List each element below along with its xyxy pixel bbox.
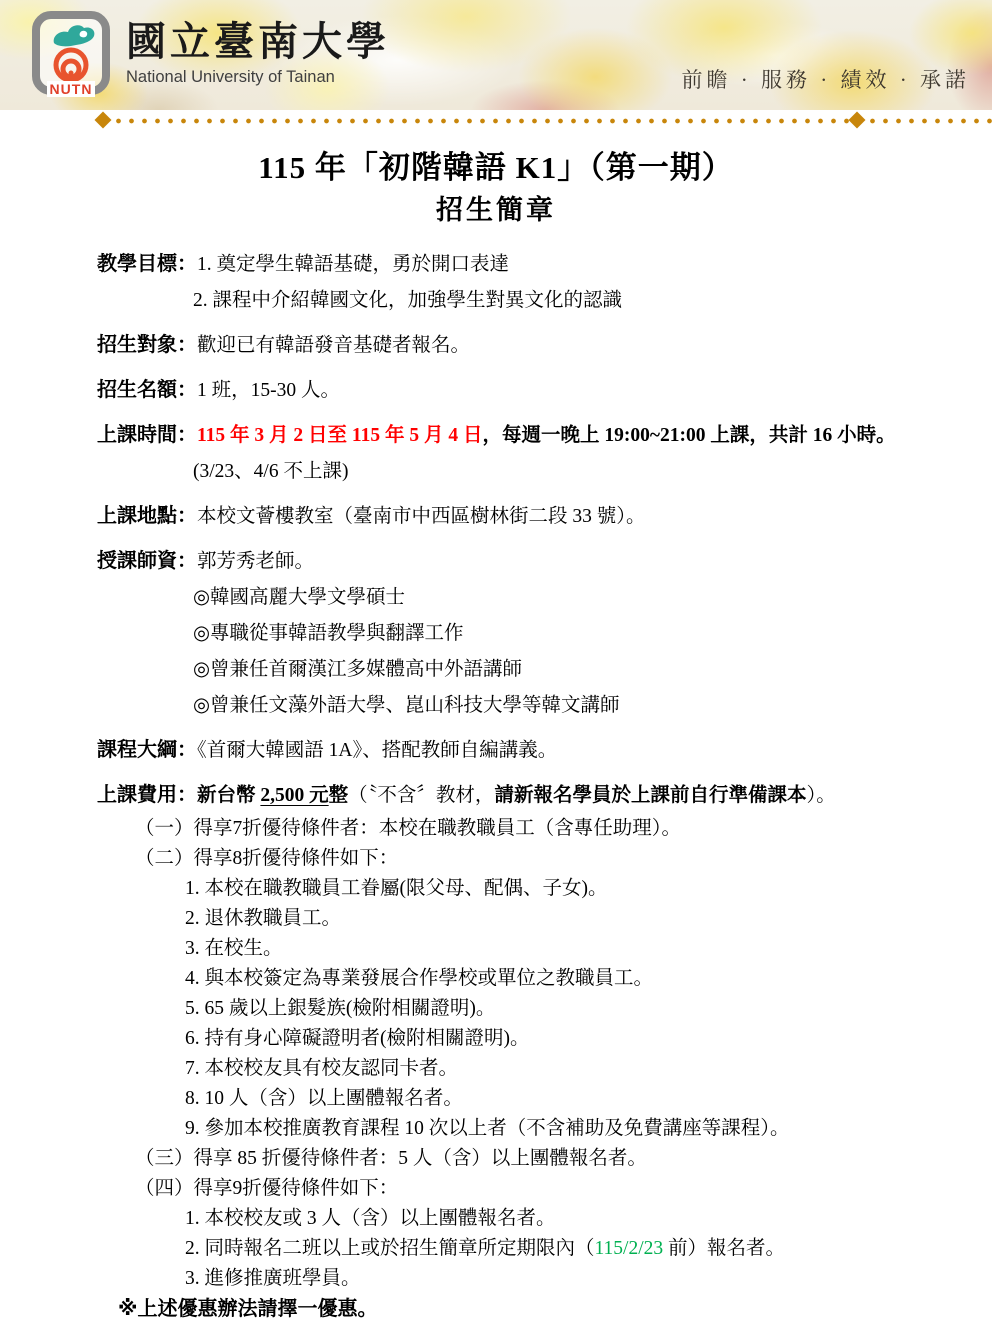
text-segment: ◎專職從事韓語教學與翻譯工作 [193, 623, 464, 644]
nutn-logo-icon: NUTN [30, 10, 112, 100]
teaching-goal-row-2: 2. 課程中介紹韓國文化，加強學生對異文化的認識 [97, 283, 952, 319]
text-segment: （〝不含〞教材， [348, 785, 494, 806]
text-segment: ◎曾兼任首爾漢江多媒體高中外語講師 [193, 659, 522, 680]
discount-80-item: 3. 在校生。 [97, 934, 952, 964]
section-label: 上課費用： [97, 784, 197, 806]
text-segment: 1 班，15-30 人。 [197, 380, 340, 401]
discount-90: （四）得享9折優待條件如下： [97, 1174, 952, 1204]
text-segment: 7. 本校校友具有校友認同卡者。 [185, 1058, 458, 1079]
text-segment: 3. 進修推廣班學員。 [185, 1268, 361, 1289]
university-name-block: 國立臺南大學 National University of Tainan [126, 10, 390, 87]
discount-90-item: 2. 同時報名二班以上或於招生簡章所定期限內（115/2/23 前）報名者。 [97, 1234, 952, 1264]
text-segment: 8. 10 人（含）以上團體報名者。 [185, 1088, 463, 1109]
text-segment: （一）得享7折優待條件者：本校在職教職員工（含專任助理）。 [135, 818, 681, 839]
text-segment: ※上述優惠辦法請擇一優惠。 [118, 1298, 377, 1320]
discount-80-item: 1. 本校在職教職員工眷屬(限父母、配偶、子女)。 [97, 874, 952, 904]
section-label: 上課地點： [97, 505, 197, 527]
discount-80-item: 2. 退休教職員工。 [97, 904, 952, 934]
text-segment: 115/2/23 [595, 1238, 664, 1259]
location-row: 上課地點：本校文薈樓教室（臺南市中西區樹林街二段 33 號）。 [97, 498, 952, 535]
text-segment: 1. 奠定學生韓語基礎，勇於開口表達 [197, 254, 509, 275]
text-segment: 6. 持有身心障礙證明者(檢附相關證明)。 [185, 1028, 530, 1049]
text-segment: （三）得享 85 折優待條件者：5 人（含）以上團體報名者。 [135, 1148, 647, 1169]
teacher-credential: ◎專職從事韓語教學與翻譯工作 [97, 616, 952, 652]
teaching-goal-row: 教學目標：1. 奠定學生韓語基礎，勇於開口表達 [97, 246, 952, 283]
section-label: 上課時間： [97, 424, 197, 446]
section-label: 招生對象： [97, 334, 197, 356]
text-segment: 前）報名者。 [663, 1238, 785, 1259]
discount-90-item: 3. 進修推廣班學員。 [97, 1264, 952, 1294]
text-segment: 2,500 元 [260, 785, 328, 806]
text-segment: 請新報名學員於上課前自行準備課本 [494, 785, 806, 806]
page-header: NUTN 國立臺南大學 National University of Taina… [0, 0, 992, 110]
svg-text:NUTN: NUTN [50, 81, 93, 97]
brochure-body: 教學目標：1. 奠定學生韓語基礎，勇於開口表達2. 課程中介紹韓國文化，加強學生… [0, 246, 992, 1321]
text-segment: (3/23、4/6 不上課) [193, 461, 348, 482]
time-row-2: (3/23、4/6 不上課) [97, 454, 952, 490]
university-name-en: National University of Tainan [126, 68, 390, 87]
text-segment: ，每週一晚上 19:00~21:00 上課，共計 16 小時。 [482, 425, 895, 446]
university-logo: NUTN 國立臺南大學 National University of Taina… [30, 10, 390, 100]
university-name-zh: 國立臺南大學 [126, 18, 390, 66]
discount-note: ※上述優惠辦法請擇一優惠。 [97, 1294, 952, 1321]
text-segment: ）。 [806, 785, 835, 806]
text-segment: 4. 與本校簽定為專業發展合作學校或單位之教職員工。 [185, 968, 653, 989]
text-segment: 5. 65 歲以上銀髮族(檢附相關證明)。 [185, 998, 495, 1019]
discount-85: （三）得享 85 折優待條件者：5 人（含）以上團體報名者。 [97, 1144, 952, 1174]
text-segment: 3. 在校生。 [185, 938, 283, 959]
text-segment: （二）得享8折優待條件如下： [135, 848, 398, 869]
discount-80-item: 4. 與本校簽定為專業發展合作學校或單位之教職員工。 [97, 964, 952, 994]
section-label: 招生名額： [97, 379, 197, 401]
text-segment: 《首爾大韓國語 1A》、搭配教師自編講義。 [197, 740, 557, 761]
teacher-credential: ◎曾兼任文藻外語大學、崑山科技大學等韓文講師 [97, 688, 952, 724]
discount-70: （一）得享7折優待條件者：本校在職教職員工（含專任助理）。 [97, 814, 952, 844]
discount-80-item: 6. 持有身心障礙證明者(檢附相關證明)。 [97, 1024, 952, 1054]
text-segment: 歡迎已有韓語發音基礎者報名。 [197, 335, 470, 356]
discount-80-item: 7. 本校校友具有校友認同卡者。 [97, 1054, 952, 1084]
section-label: 教學目標： [97, 253, 197, 275]
diamond-icon [849, 112, 866, 129]
text-segment: ◎曾兼任文藻外語大學、崑山科技大學等韓文講師 [193, 695, 620, 716]
target-row: 招生對象：歡迎已有韓語發音基礎者報名。 [97, 327, 952, 364]
discount-80: （二）得享8折優待條件如下： [97, 844, 952, 874]
discount-80-item: 5. 65 歲以上銀髮族(檢附相關證明)。 [97, 994, 952, 1024]
diamond-icon [95, 112, 112, 129]
discount-80-item: 8. 10 人（含）以上團體報名者。 [97, 1084, 952, 1114]
text-segment: 2. 退休教職員工。 [185, 908, 341, 929]
text-segment: 本校文薈樓教室（臺南市中西區樹林街二段 33 號）。 [197, 506, 646, 527]
document-title: 115 年「初階韓語 K1」（第一期） [0, 146, 992, 190]
discount-90-item: 1. 本校校友或 3 人（含）以上團體報名者。 [97, 1204, 952, 1234]
section-label: 課程大綱： [97, 739, 197, 761]
text-segment: 1. 本校在職教職員工眷屬(限父母、配偶、子女)。 [185, 878, 608, 899]
teacher-credential: ◎韓國高麗大學文學碩士 [97, 580, 952, 616]
quota-row: 招生名額：1 班，15-30 人。 [97, 372, 952, 409]
section-label: 授課師資： [97, 550, 197, 572]
fee-row: 上課費用：新台幣 2,500 元整（〝不含〞教材，請新報名學員於上課前自行準備課… [97, 777, 952, 814]
document-subtitle: 招生簡章 [0, 190, 992, 230]
text-segment: 新台幣 [197, 785, 260, 806]
dotted-divider [0, 110, 992, 132]
text-segment: 郭芳秀老師。 [197, 551, 314, 572]
text-segment: 2. 同時報名二班以上或於招生簡章所定期限內（ [185, 1238, 595, 1259]
teacher-row: 授課師資：郭芳秀老師。 [97, 543, 952, 580]
text-segment: ◎韓國高麗大學文學碩士 [193, 587, 405, 608]
text-segment: 115 年 3 月 2 日至 115 年 5 月 4 日 [197, 425, 482, 446]
syllabus-row: 課程大綱：《首爾大韓國語 1A》、搭配教師自編講義。 [97, 732, 952, 769]
discount-80-item: 9. 參加本校推廣教育課程 10 次以上者（不含補助及免費講座等課程）。 [97, 1114, 952, 1144]
text-segment: （四）得享9折優待條件如下： [135, 1178, 398, 1199]
text-segment: 整 [329, 785, 349, 806]
text-segment: 9. 參加本校推廣教育課程 10 次以上者（不含補助及免費講座等課程）。 [185, 1118, 790, 1139]
text-segment: 2. 課程中介紹韓國文化，加強學生對異文化的認識 [193, 290, 622, 311]
brochure-page: NUTN 國立臺南大學 National University of Taina… [0, 0, 992, 1321]
university-slogan: 前瞻 · 服務 · 績效 · 承諾 [682, 64, 970, 94]
time-row: 上課時間：115 年 3 月 2 日至 115 年 5 月 4 日，每週一晚上 … [97, 417, 952, 454]
text-segment: 1. 本校校友或 3 人（含）以上團體報名者。 [185, 1208, 556, 1229]
teacher-credential: ◎曾兼任首爾漢江多媒體高中外語講師 [97, 652, 952, 688]
